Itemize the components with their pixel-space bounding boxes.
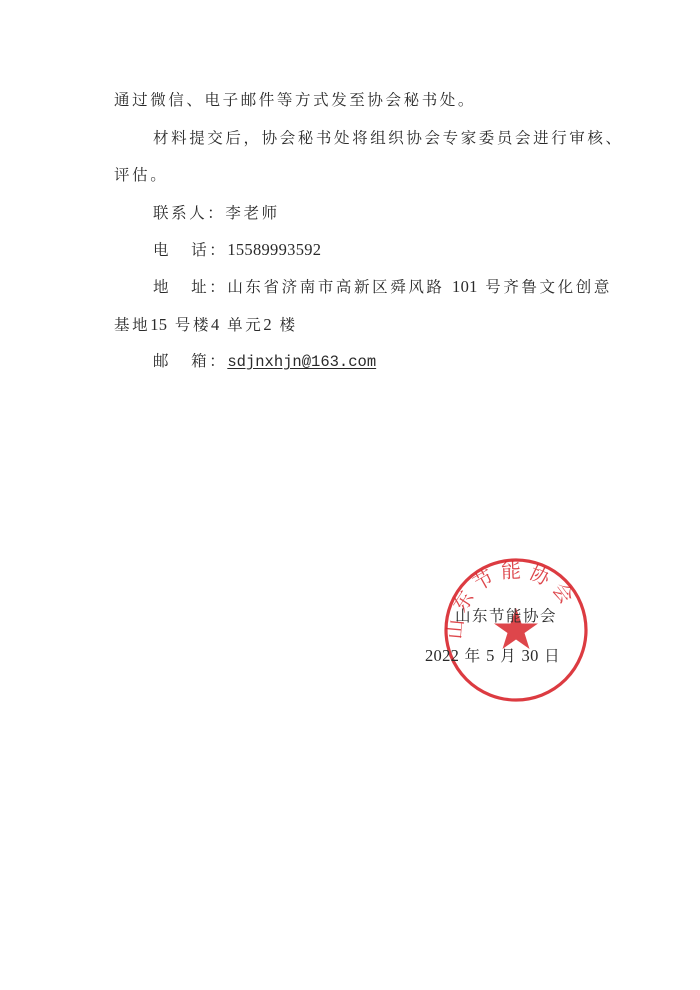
contact-person: 联系人：李老师 bbox=[153, 204, 280, 222]
address-text: 基地 bbox=[114, 316, 150, 334]
contact-person-value: 李老师 bbox=[225, 204, 279, 222]
date-month: 5 bbox=[486, 646, 495, 665]
contact-address-label-2: 址： bbox=[191, 278, 227, 296]
date-day-unit: 日 bbox=[544, 647, 560, 665]
address-text: 单元 bbox=[227, 316, 263, 334]
contact-phone-value: 15589993592 bbox=[227, 240, 321, 259]
date-month-unit: 月 bbox=[500, 647, 516, 665]
paragraph-1-line-1: 通过微信、电子邮件等方式发至协会秘书处。 bbox=[114, 91, 476, 109]
contact-address-line-2: 基地15 号楼4 单元2 楼 bbox=[114, 316, 298, 334]
contact-address-number: 101 bbox=[452, 277, 478, 296]
date-day: 30 bbox=[522, 646, 539, 665]
contact-email: 邮箱：sdjnxhjn@163.com bbox=[153, 352, 376, 371]
date-year-unit: 年 bbox=[465, 647, 481, 665]
signature-date: 2022 年 5 月 30 日 bbox=[425, 644, 560, 666]
contact-phone-label-1: 电 bbox=[153, 241, 171, 259]
address-number: 15 bbox=[150, 315, 167, 334]
date-year: 2022 bbox=[425, 646, 459, 665]
contact-address-label-1: 地 bbox=[153, 278, 171, 296]
contact-email-link[interactable]: sdjnxhjn@163.com bbox=[227, 353, 376, 371]
contact-address-part-2: 号齐鲁文化创意 bbox=[485, 278, 612, 296]
official-seal: 山东节能协会 bbox=[442, 556, 590, 704]
paragraph-2-line-1: 材料提交后，协会秘书处将组织协会专家委员会进行审核、 bbox=[153, 129, 624, 147]
contact-address-line-1: 地址：山东省济南市高新区舜风路 101 号齐鲁文化创意 bbox=[153, 278, 612, 296]
paragraph-2-line-2: 评估。 bbox=[114, 166, 168, 184]
address-number: 4 bbox=[211, 315, 220, 334]
address-number: 2 bbox=[263, 315, 272, 334]
address-text: 号楼 bbox=[175, 316, 211, 334]
address-text: 楼 bbox=[279, 316, 297, 334]
contact-phone: 电话：15589993592 bbox=[153, 241, 321, 259]
contact-email-label-2: 箱： bbox=[191, 352, 227, 370]
contact-person-label: 联系人： bbox=[153, 204, 225, 222]
contact-address-part-1: 山东省济南市高新区舜风路 bbox=[227, 278, 444, 296]
contact-phone-label-2: 话： bbox=[191, 241, 227, 259]
contact-email-label-1: 邮 bbox=[153, 352, 171, 370]
signature-organization: 山东节能协会 bbox=[455, 604, 557, 626]
